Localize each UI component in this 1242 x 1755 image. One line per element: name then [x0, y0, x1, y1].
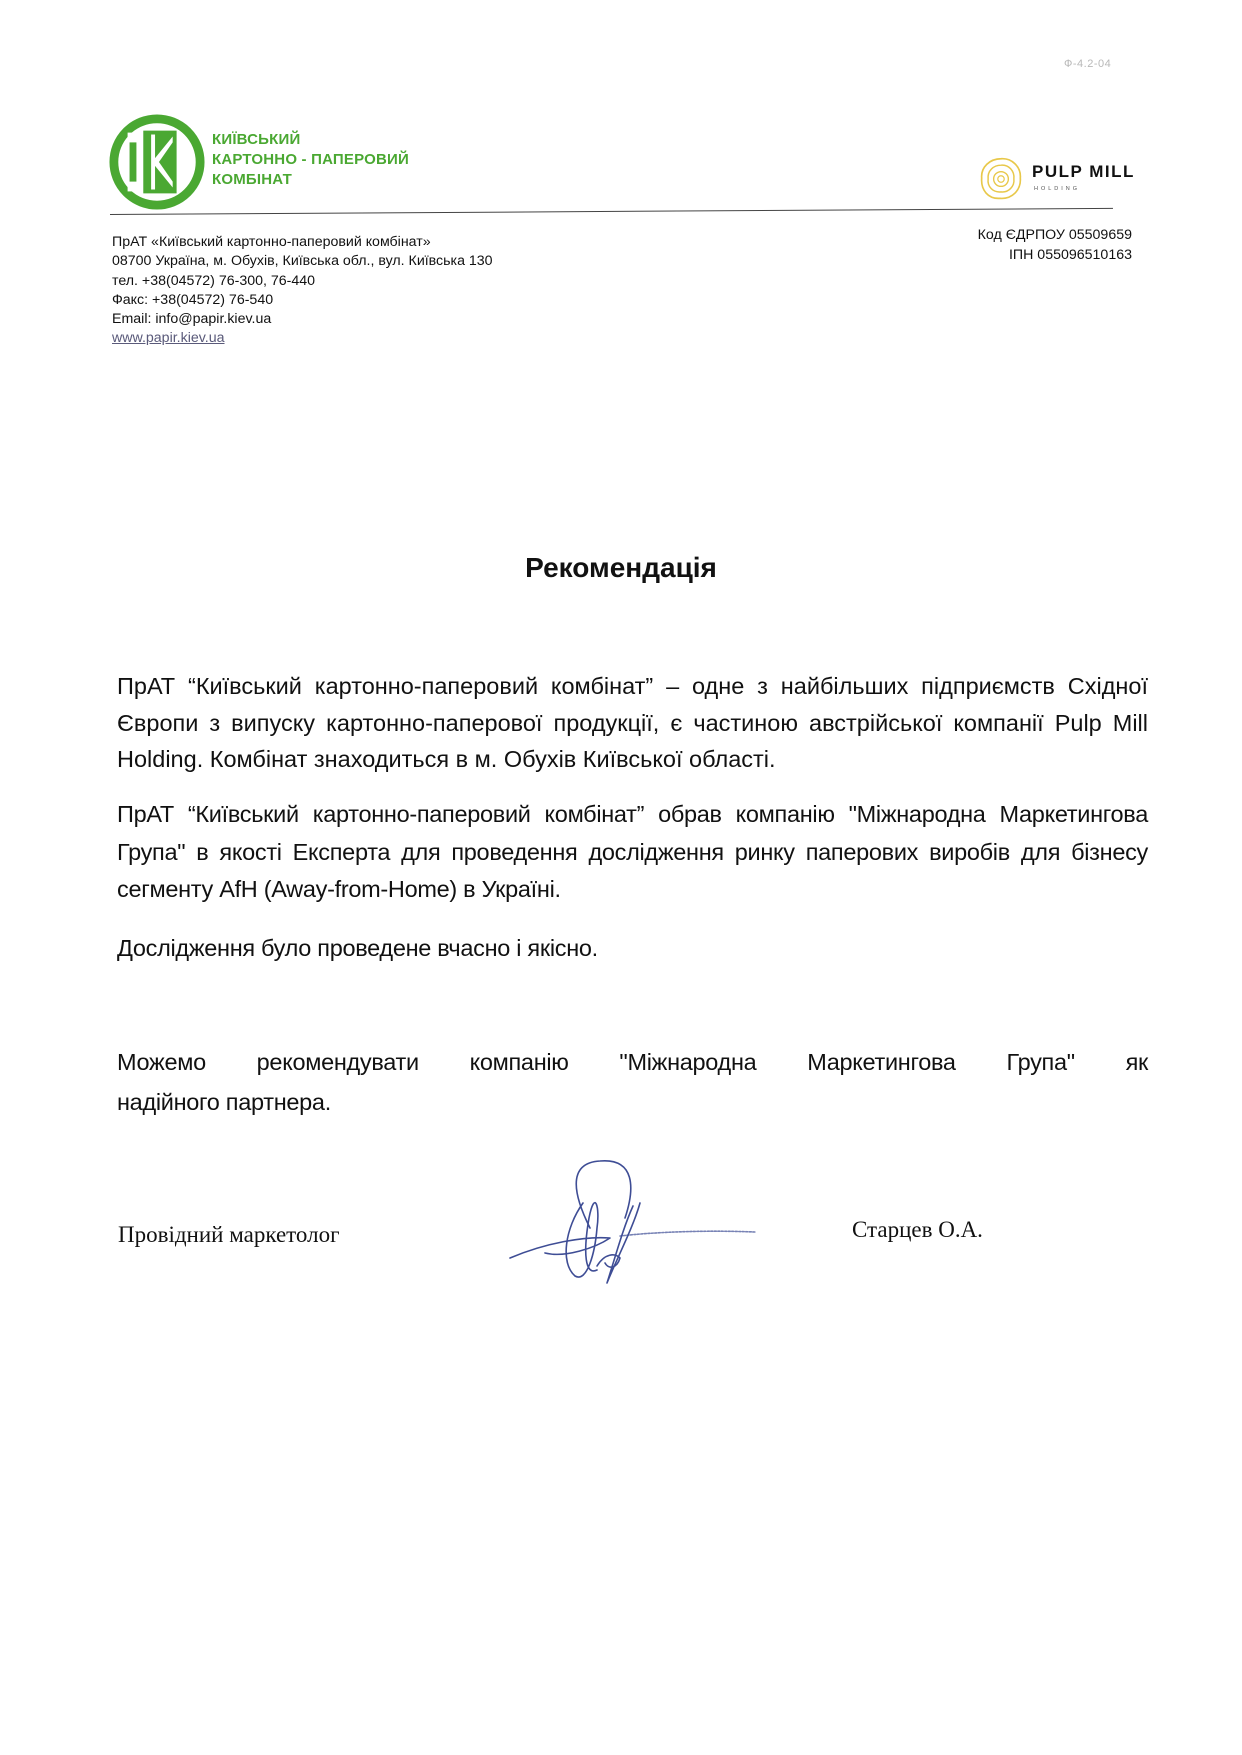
handwritten-signature-icon: [505, 1158, 775, 1288]
company-phone: тел. +38(04572) 76-300, 76-440: [112, 272, 493, 291]
recommendation-word: компанію: [470, 1042, 569, 1082]
header-divider: [110, 208, 1113, 215]
recommendation-line-1: Можемо рекомендувати компанію "Міжнародн…: [117, 1042, 1148, 1082]
paragraph-recommendation: Можемо рекомендувати компанію "Міжнародн…: [117, 1042, 1148, 1122]
form-code: Ф-4.2-04: [1064, 58, 1111, 70]
recommendation-word: Маркетингова: [807, 1042, 956, 1082]
company-logo-line: КАРТОННО - ПАПЕРОВИЙ: [212, 150, 409, 170]
pulp-mill-subtitle: HOLDING: [1034, 186, 1080, 192]
recommendation-word: рекомендувати: [257, 1042, 419, 1082]
signer-role: Провідний маркетолог: [118, 1222, 340, 1248]
recommendation-line-2: надійного партнера.: [117, 1082, 1148, 1122]
company-email: Email: info@papir.kiev.ua: [112, 310, 493, 329]
paragraph-research-choice: ПрАТ “Київський картонно-паперовий комбі…: [117, 796, 1148, 909]
company-address-block: ПрАТ «Київський картонно-паперовий комбі…: [112, 233, 493, 349]
paragraph-research-quality: Дослідження було проведене вчасно і якіс…: [117, 930, 1148, 967]
recommendation-word: Можемо: [117, 1042, 206, 1082]
edrpou-code: Код ЄДРПОУ 05509659: [978, 226, 1132, 246]
kkpk-logo-icon: [108, 113, 206, 211]
paragraph-company-intro: ПрАТ “Київський картонно-паперовий комбі…: [117, 668, 1148, 778]
letter-title: Рекомендація: [0, 552, 1242, 584]
company-fax: Факс: +38(04572) 76-540: [112, 291, 493, 310]
company-legal-name: ПрАТ «Київський картонно-паперовий комбі…: [112, 233, 493, 252]
company-website-link[interactable]: www.papir.kiev.ua: [112, 329, 493, 348]
recommendation-word: Група": [1006, 1042, 1074, 1082]
recommendation-word: як: [1126, 1042, 1148, 1082]
pulp-mill-tree-rings-icon: [978, 156, 1024, 202]
company-logo-line: КОМБІНАТ: [212, 170, 409, 190]
company-codes: Код ЄДРПОУ 05509659 ІПН 055096510163: [978, 226, 1132, 265]
signer-name: Старцев О.А.: [852, 1217, 983, 1243]
company-logo-line: КИЇВСЬКИЙ: [212, 130, 409, 150]
pulp-mill-title: PULP MILL: [1032, 162, 1135, 182]
company-logo-text: КИЇВСЬКИЙ КАРТОННО - ПАПЕРОВИЙ КОМБІНАТ: [212, 130, 409, 190]
recommendation-word: "Міжнародна: [619, 1042, 756, 1082]
ipn-code: ІПН 055096510163: [978, 246, 1132, 266]
company-street: 08700 Україна, м. Обухів, Київська обл.,…: [112, 252, 493, 271]
